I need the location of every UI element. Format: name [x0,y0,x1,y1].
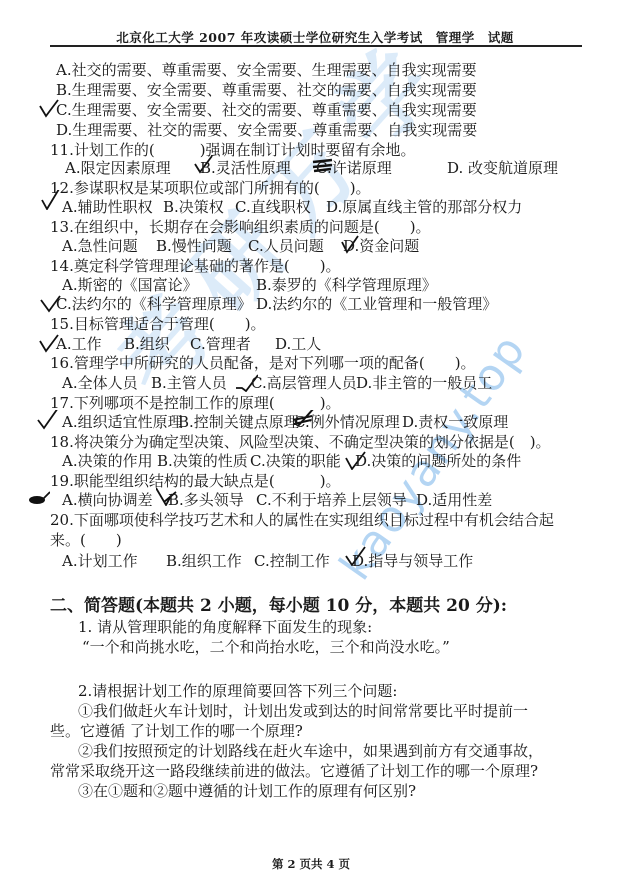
q10-option-a: A.社交的需要、尊重需要、安全需要、生理需要、自我实现需要 [56,60,477,80]
q12-option-b: B.决策权 [163,197,224,217]
page-header: 北京化工大学 2007 年攻读硕士学位研究生入学考试 管理学 试题 [50,28,580,46]
s2-q2-sub2: ②我们按照预定的计划路线在赶火车途中，如果遇到前方有交通事故， [78,741,543,761]
q17-option-d: D.责权一致原理 [402,412,508,432]
q18-option-b: B.决策的性质 [157,451,248,471]
q13-option-a: A.急性问题 [62,236,138,256]
q19-option-a: A.横向协调差 [62,490,153,510]
exam-page: 考研万学 kaoyany.top 北京化工大学 2007 年攻读硕士学位研究生入… [0,0,622,893]
q13-option-d: D.资金问题 [343,236,419,256]
q20-stem-continued: 来。( ) [50,530,122,550]
s2-q1-quote: “一个和尚挑水吃，二个和尚抬水吃，三个和尚没水吃。” [82,637,450,657]
q18-option-a: A.决策的作用 [62,451,153,471]
q10-option-b: B.生理需要、安全需要、尊重需要、社交的需要、自我实现需要 [56,80,477,100]
q14-option-b: B.泰罗的《科学管理原理》 [256,275,437,295]
q14-option-c: C.法约尔的《科学管理原理》 [56,294,252,314]
s2-q2-stem: 2.请根据计划工作的原理简要回答下列三个问题: [78,681,397,701]
q10-option-d: D.生理需要、社交的需要、安全需要、尊重需要、自我实现需要 [56,120,477,140]
q17-option-b: B.控制关键点原理 [178,412,299,432]
q20-stem: 20.下面哪项使科学技巧艺术和人的属性在实现组织目标过程中有机会结合起 [50,510,554,530]
checkmark-icon [36,410,58,430]
q19-option-d: D.适用性差 [416,490,492,510]
s2-q2-sub2-cont: 常常采取绕开这一路段继续前进的做法。它遵循了计划工作的哪一个原理? [50,761,538,781]
q18-option-d: D.决策的问题所处的条件 [355,451,521,471]
section-2-title: 二、简答题(本题共 2 小题，每小题 10 分，本题共 20 分): [50,595,507,617]
s2-q1-stem: 1. 请从管理职能的角度解释下面发生的现象: [78,617,372,637]
q16-option-c: C.高层管理人员 [251,373,357,393]
q17-option-c: C.例外情况原理 [294,412,400,432]
q12-option-c: C.直线职权 [235,197,311,217]
scribble-icon [28,488,50,508]
s2-q2-sub1: ①我们做赶火车计划时，计划出发或到达的时间常常要比平时提前一 [78,701,528,721]
q12-option-d: D.原属直线主管的那部分权力 [326,197,522,217]
q11-option-d: D. 改变航道原理 [447,158,558,178]
q15-option-b: B.组织 [124,334,170,354]
q20-option-d: D.指导与领导工作 [352,551,473,571]
q15-stem: 15.目标管理适合于管理( )。 [50,314,266,334]
checkmark-icon [40,190,62,210]
q18-stem: 18.将决策分为确定型决策、风险型决策、不确定型决策的划分依据是( )。 [50,432,551,452]
s2-q2-sub1-cont: 些。它遵循 了计划工作的哪一个原理? [50,721,303,741]
q13-option-c: C.人员问题 [248,236,324,256]
q20-option-b: B.组织工作 [166,551,242,571]
q11-option-a: A.限定因素原理 [65,158,171,178]
q16-option-b: B.主管人员 [151,373,227,393]
q20-option-a: A.计划工作 [62,551,138,571]
q16-option-d: D.非主管的一般员工 [356,373,492,393]
page-number: 第 2 页共 4 页 [0,856,622,872]
q19-option-c: C.不利于培养上层领导 [256,490,407,510]
q19-option-b: B.多头领导 [168,490,244,510]
q16-option-a: A.全体人员 [62,373,138,393]
q17-option-a: A.组织适宜性原理 [62,412,183,432]
q18-option-c: C.决策的职能 [250,451,341,471]
q19-stem: 19.职能型组织结构的最大缺点是( )。 [50,471,341,491]
q16-stem: 16.管理学中所研究的人员配备，是对下列哪一项的配备( )。 [50,353,476,373]
q11-option-b: B.灵活性原理 [200,158,291,178]
q15-option-d: D.工人 [275,334,321,354]
q10-option-c: C.生理需要、安全需要、社交的需要、尊重需要、自我实现需要 [56,100,477,120]
q14-stem: 14.奠定科学管理理论基础的著作是( )。 [50,256,341,276]
q15-option-c: C.管理者 [190,334,251,354]
q13-stem: 13.在组织中，长期存在会影响组织素质的问题是( )。 [50,217,431,237]
q12-stem: 12.参谋职权是某项职位或部门所拥有的( )。 [50,178,371,198]
q14-option-d: D.法约尔的《工业管理和一般管理》 [256,294,497,314]
q13-option-b: B.慢性问题 [156,236,232,256]
s2-q2-sub3: ③在①题和②题中遵循的计划工作的原理有何区别? [78,781,416,801]
q14-option-a: A.斯密的《国富论》 [62,275,198,295]
header-divider [50,45,582,47]
q15-option-a: A.工作 [56,334,102,354]
q11-option-c: C.许诺原理 [316,158,392,178]
q12-option-a: A.辅助性职权 [62,197,153,217]
q11-stem: 11.计划工作的( )强调在制订计划时要留有余地。 [50,140,416,160]
q20-option-c: C.控制工作 [254,551,330,571]
